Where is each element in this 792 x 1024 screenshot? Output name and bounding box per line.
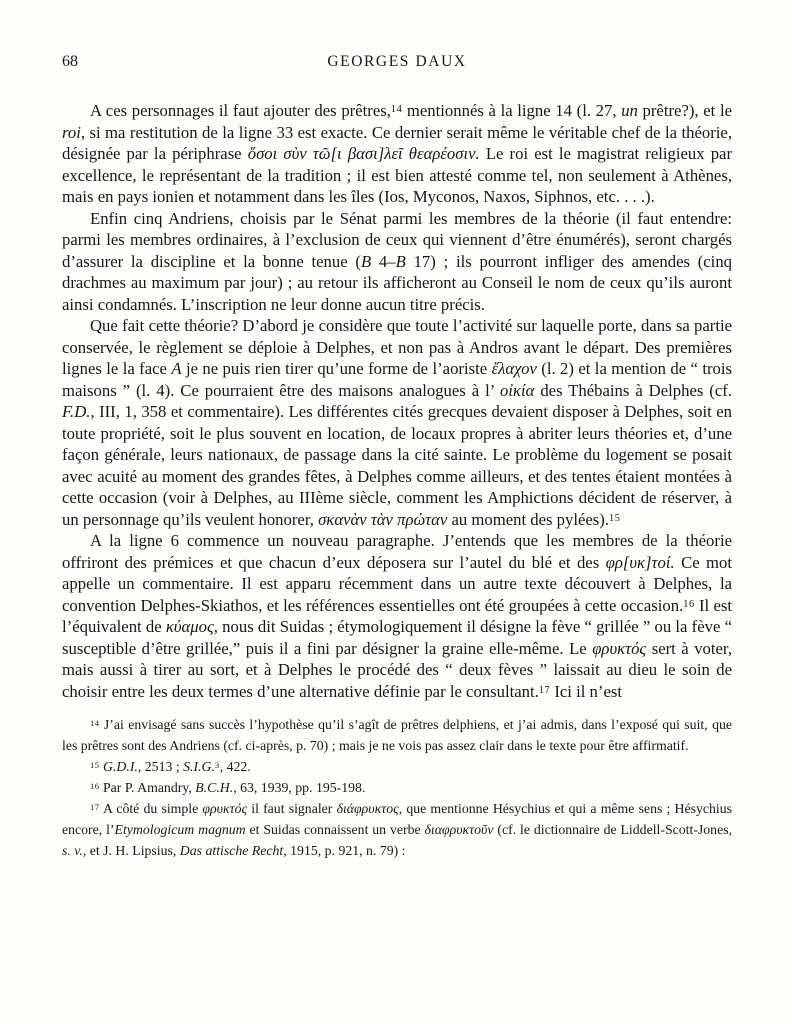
footnote-marker: 17 [90, 802, 100, 812]
footnote-marker: 17 [539, 685, 550, 696]
italic-text: roi [62, 123, 81, 142]
greek-text: διάφρυκτος [337, 801, 399, 816]
paragraph: 15 G.D.I., 2513 ; S.I.G.3, 422. [62, 756, 732, 777]
italic-text: B [396, 252, 406, 271]
italic-text: S.I.G. [183, 759, 215, 774]
greek-text: ἔλαχον [492, 359, 537, 378]
greek-text: οἰκία [500, 381, 534, 400]
greek-text: διαφρυκτοῦν [424, 822, 493, 837]
footnote-marker: 14 [90, 718, 100, 728]
text-run: au moment des pylées). [447, 510, 609, 529]
text-run: , et J. H. Lipsius, [83, 843, 180, 858]
text-run: (cf. le dictionnaire de Liddell-Scott-Jo… [493, 822, 732, 837]
italic-text: s. v. [62, 843, 83, 858]
text-run: je ne puis rien tirer qu’une forme de l’… [182, 359, 492, 378]
text-run: mentionnés à la ligne 14 (l. 27, [402, 101, 621, 120]
paragraph: 14 J’ai envisagé sans succès l’hypothèse… [62, 714, 732, 756]
paragraph: A la ligne 6 commence un nouveau paragra… [62, 530, 732, 702]
text-run: , 2513 ; [138, 759, 183, 774]
italic-text: B.C.H. [195, 780, 233, 795]
footnote-marker: 14 [391, 104, 402, 115]
italic-text: Das attische Recht [180, 843, 283, 858]
text-run: et Suidas connaissent un verbe [246, 822, 425, 837]
footnote-marker: 15 [609, 513, 620, 524]
greek-text: φρυκτός [202, 801, 247, 816]
greek-text: φρυκτός [592, 639, 646, 658]
footnotes: 14 J’ai envisagé sans succès l’hypothèse… [62, 714, 732, 861]
main-text: A ces personnages il faut ajouter des pr… [62, 100, 732, 702]
text-run: Par P. Amandry, [100, 780, 196, 795]
text-run: , 422. [220, 759, 251, 774]
italic-text: un [621, 101, 638, 120]
text-run: J’ai envisagé sans succès l’hypothèse qu… [62, 717, 732, 753]
text-run: A ces personnages il faut ajouter des pr… [90, 101, 391, 120]
text-run: prêtre?), et le [638, 101, 732, 120]
paragraph: A ces personnages il faut ajouter des pr… [62, 100, 732, 208]
text-run: , 63, 1939, pp. 195-198. [233, 780, 365, 795]
greek-text: ὅσοι σὺν τῶ[ι βασι]λεῖ θεαρέοσιν. [248, 144, 480, 163]
paragraph: Que fait cette théorie? D’abord je consi… [62, 315, 732, 530]
paragraph: 17 A côté du simple φρυκτός il faut sign… [62, 798, 732, 861]
text-run: A côté du simple [100, 801, 203, 816]
footnote-marker: 16 [683, 599, 694, 610]
italic-text: F.D. [62, 402, 90, 421]
text-block: 68 GEORGES DAUX A ces personnages il fau… [62, 53, 732, 861]
text-run: 4– [371, 252, 395, 271]
greek-text: φρ[υκ]τοί. [606, 553, 675, 572]
paragraph: 16 Par P. Amandry, B.C.H., 63, 1939, pp.… [62, 777, 732, 798]
footnote-marker: 16 [90, 781, 100, 791]
text-run: , 1915, p. 921, n. 79) : [283, 843, 405, 858]
running-head: 68 GEORGES DAUX [62, 53, 732, 73]
scanned-paper-page: 68 GEORGES DAUX A ces personnages il fau… [0, 0, 792, 1024]
footnote-marker: 3 [215, 760, 220, 770]
italic-text: Etymologicum magnum [115, 822, 246, 837]
text-run: des Thébains à Delphes (cf. [534, 381, 732, 400]
running-title: GEORGES DAUX [62, 53, 732, 71]
italic-text: A [171, 359, 181, 378]
greek-text: κύαμος [166, 617, 214, 636]
text-run: Ici il n’est [550, 682, 622, 701]
text-run: il faut signaler [247, 801, 336, 816]
italic-text: G.D.I. [103, 759, 138, 774]
greek-text: σκανὰν τὰν πρώταν [318, 510, 447, 529]
footnote-marker: 15 [90, 760, 100, 770]
italic-text: B [361, 252, 371, 271]
paragraph: Enfin cinq Andriens, choisis par le Séna… [62, 208, 732, 316]
